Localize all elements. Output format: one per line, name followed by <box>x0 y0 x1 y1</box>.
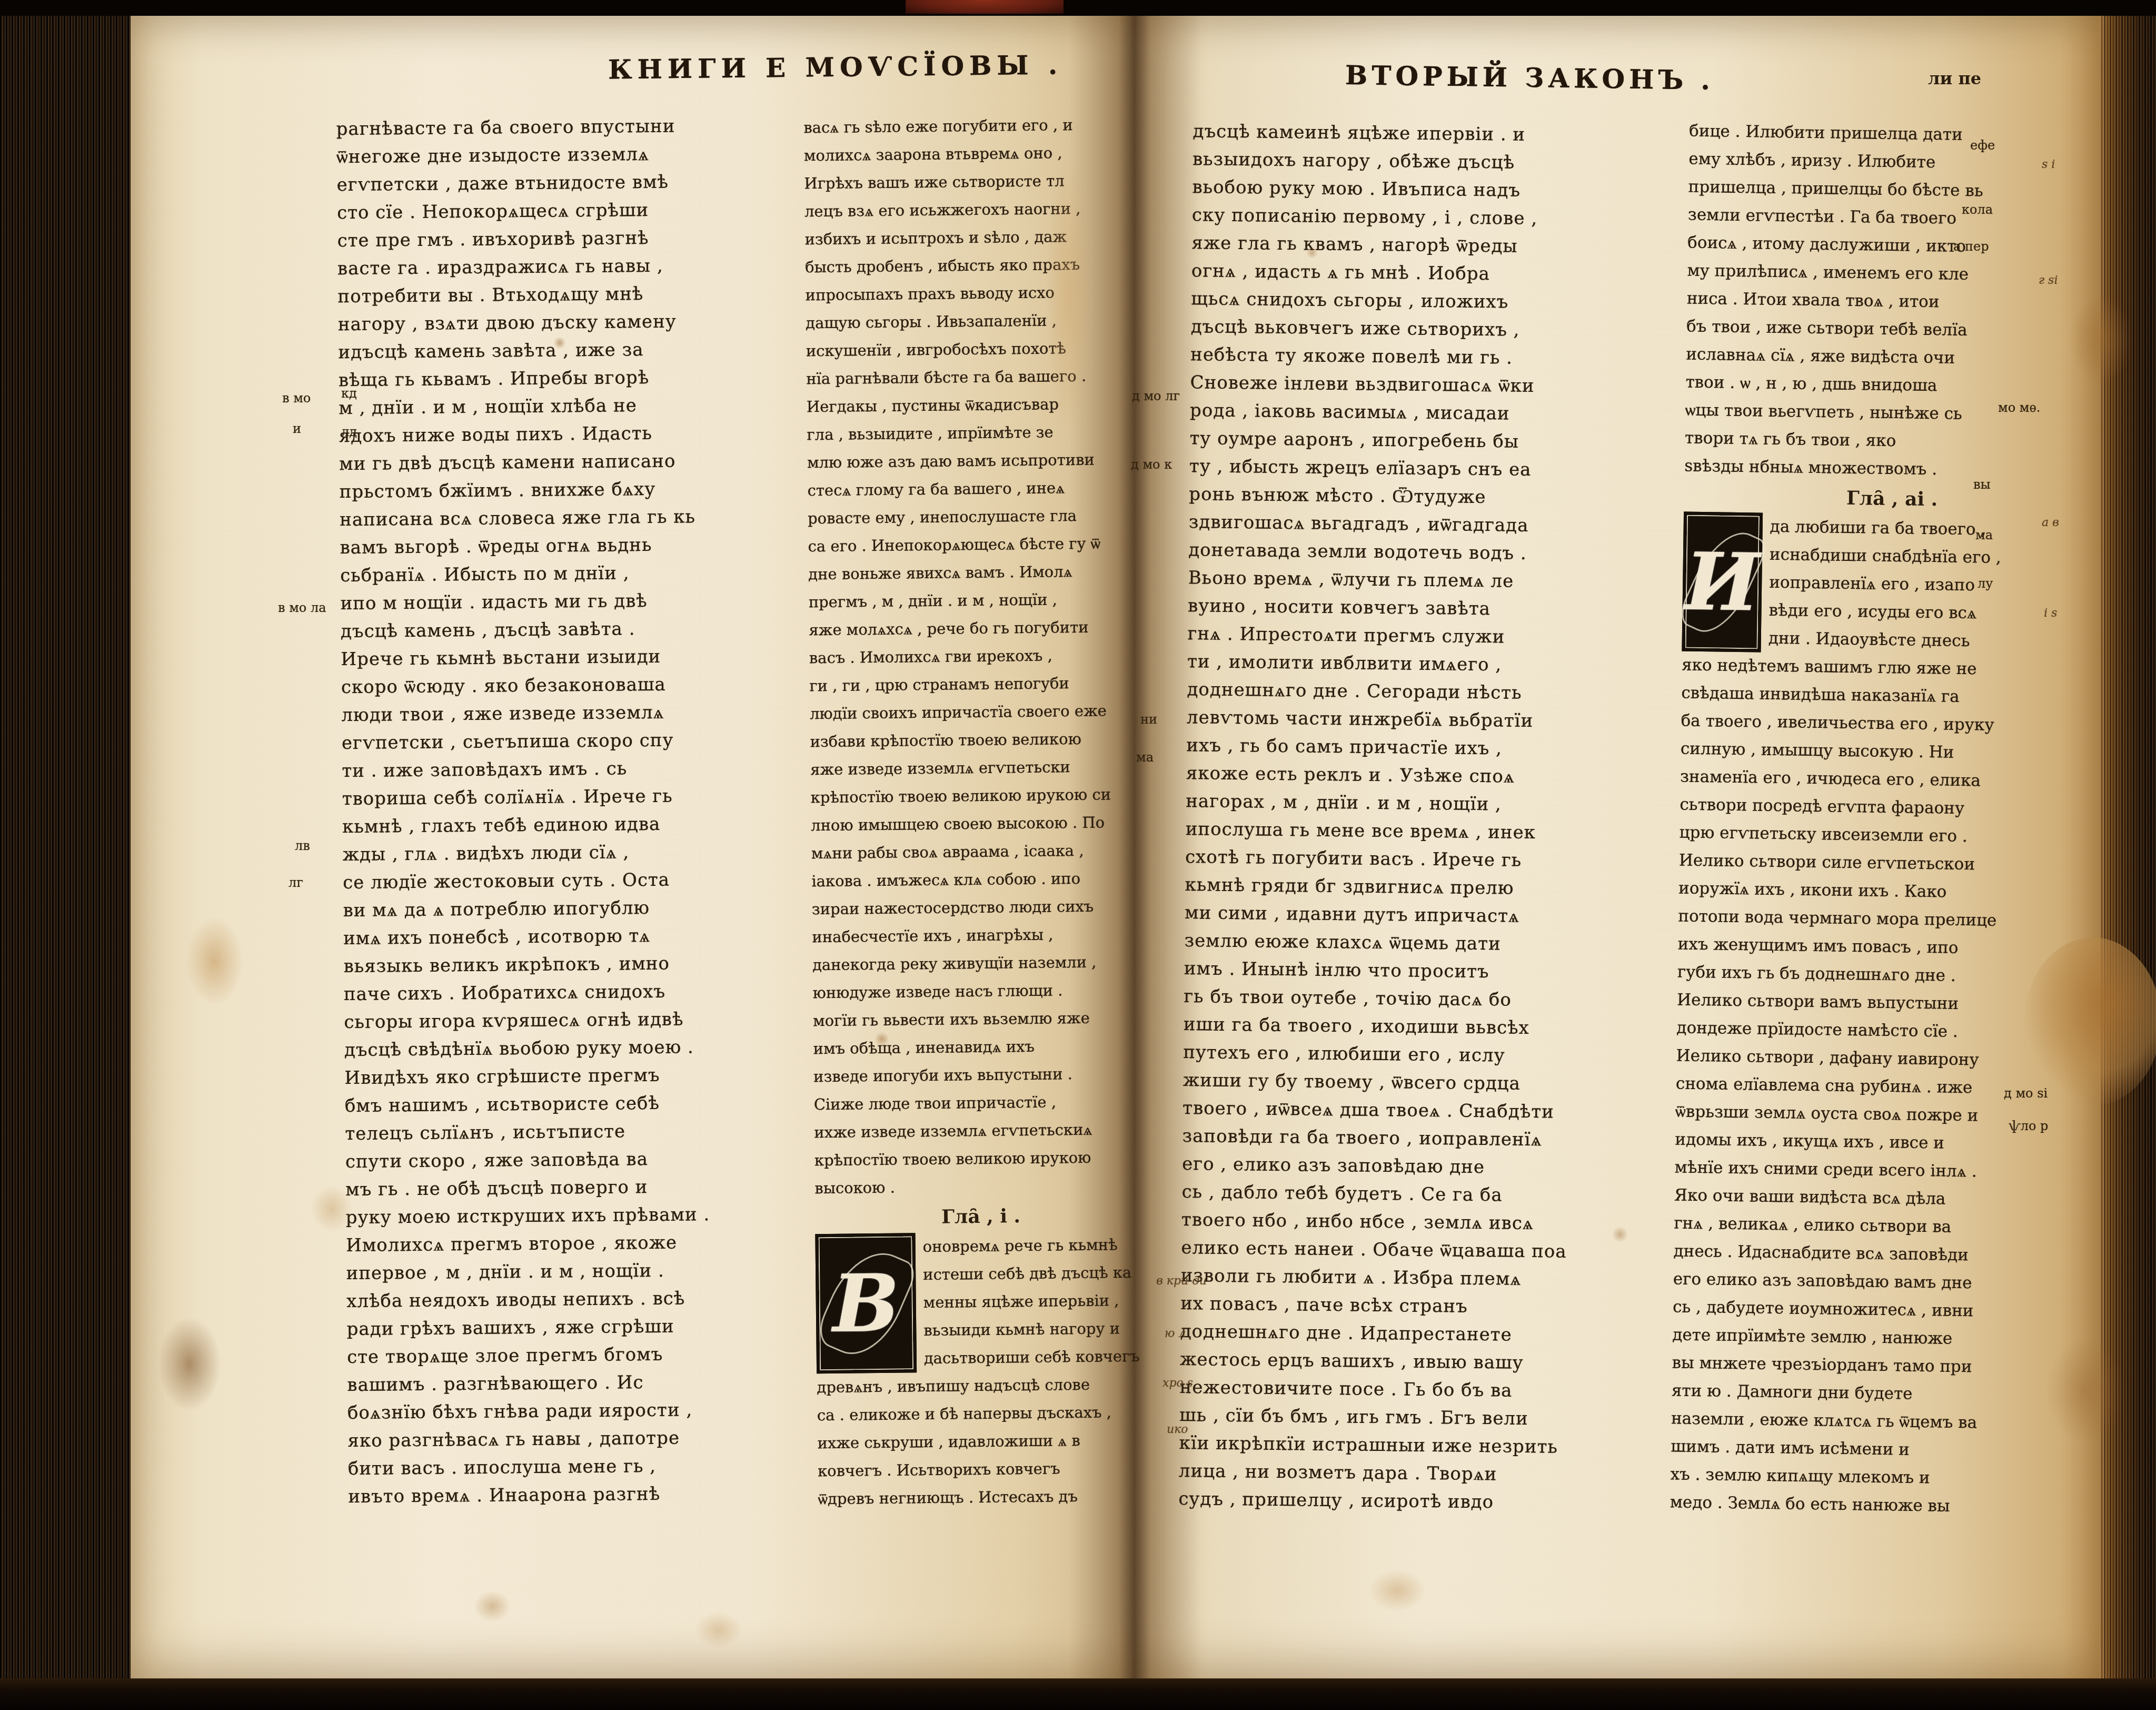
text-line: иоправленїѧ его , изапо <box>1769 569 2099 601</box>
text-line: избави крѣпостїю твоею великою <box>810 725 1142 756</box>
text-line: стесѧ глому га ба вашего , инеѧ <box>807 473 1139 505</box>
text-line: телецъ сьлїѧнъ , исьтъписте <box>345 1116 840 1148</box>
printed-margin-reference: кола <box>1962 202 1993 217</box>
text-line: ради грѣхъ вашихъ , яже сгрѣши <box>346 1311 841 1343</box>
text-line: вьязыкь великъ икрѣпокъ , имно <box>343 948 838 981</box>
text-line: ти . иже заповѣдахъ имъ . сь <box>342 753 837 785</box>
text-line: млю юже азъ даю вамъ исьпротиви <box>807 446 1139 477</box>
text-line: ску пописанію первому , і , слове , <box>1192 201 1682 234</box>
text-line: жды , глѧ . видѣхъ люди сїѧ , <box>342 837 837 869</box>
handwritten-margin-note: і ѕ <box>2044 607 2057 620</box>
text-line: дне воньже явихсѧ вамъ . Имолѧ <box>808 557 1140 589</box>
text-line: яже изведе изземлѧ егѵпетьски <box>810 753 1142 784</box>
handwritten-margin-note: ико <box>1167 1423 1188 1436</box>
folio-mark: ли пе <box>1928 68 1981 88</box>
text-line: бити васъ . ипослуша мене гь , <box>348 1451 843 1483</box>
initial-paragraph: Воновремѧ рече гь кьмнѣистеши себѣ двѣ д… <box>815 1231 1148 1374</box>
text-line: людїи своихъ ипричастїа своего еже <box>810 697 1142 728</box>
text-line: нежестовичите посе . Гь бо бъ ва <box>1179 1373 1670 1407</box>
text-line: яже молѧхсѧ , рече бо гь погубити <box>809 613 1141 645</box>
text-line: судъ , пришелцу , исиротѣ ивдо <box>1178 1485 1668 1518</box>
initial-vine-ornament <box>812 1239 919 1367</box>
text-line: ихже ськруши , идавложиши ѧ в <box>817 1426 1149 1458</box>
printed-margin-reference: мо мѳ. <box>1998 400 2040 415</box>
text-line: іакова . имъжесѧ клѧ собою . ипо <box>811 864 1144 896</box>
text-line: доднешнѧго дне . Идапрестанете <box>1180 1318 1670 1351</box>
text-line: его , елико азъ заповѣдаю дне <box>1182 1150 1672 1183</box>
text-line: истеши себѣ двѣ дъсцѣ ка <box>923 1259 1148 1289</box>
text-line: имѧ ихъ понебсѣ , исотворю тѧ <box>343 921 838 953</box>
text-line: крѣпостїю твоею великою ирукою си <box>810 780 1142 812</box>
printed-margin-reference: ма <box>1975 528 1993 542</box>
printed-margin-reference: ма <box>1136 750 1154 765</box>
text-line: юнюдуже изведе насъ глющи . <box>812 976 1145 1007</box>
left-page-column-1: рагнѣвасте га ба своего впустыниѿнегоже … <box>336 111 843 1511</box>
text-line: молихсѧ заарона втьвремѧ оно , <box>804 139 1136 170</box>
text-line: путехъ его , илюбиши его , ислу <box>1183 1039 1673 1072</box>
text-line: дни . Идаоувѣсте днесь <box>1768 625 2098 657</box>
text-line: ипо м нощїи . идасть ми гь двѣ <box>340 586 835 618</box>
text-line: огнѧ , идасть ѧ гь мнѣ . Иобра <box>1191 257 1682 290</box>
text-line: мѧни рабы своѧ авраама , ісаака , <box>811 836 1144 868</box>
text-line: дасьтвориши себѣ ковчегъ <box>924 1342 1149 1372</box>
text-line: хлѣба неядохъ иводы непихъ . всѣ <box>346 1283 841 1316</box>
text-line: оновремѧ рече гь кьмнѣ <box>922 1231 1147 1261</box>
text-line: зираи нажестосердство люди сихъ <box>812 892 1144 924</box>
text-line: рагнѣвасте га ба своего впустыни <box>336 111 831 143</box>
text-line: скоро ѿсюду . яко безаконоваша <box>341 669 836 701</box>
text-line: сто сїе . Непокорѧщесѧ сгрѣши <box>337 195 832 227</box>
text-line: ипослуша гь мене все времѧ , инек <box>1185 815 1675 848</box>
text-line: ядохъ ниже воды пихъ . Идасть <box>339 418 834 450</box>
text-line: елико есть нанеи . Обаче ѿцаваша поа <box>1181 1234 1671 1267</box>
text-line: якоже есть реклъ и . Узѣже споѧ <box>1186 759 1676 793</box>
text-line: схотѣ гь погубити васъ . Ирече гь <box>1185 843 1675 876</box>
handwritten-margin-note: а в <box>2042 516 2059 529</box>
text-line: ихже изведе изземлѧ егѵпетьскиѧ <box>814 1115 1146 1147</box>
text-line: Имолихсѧ прегмъ второе , якоже <box>346 1228 841 1260</box>
handwritten-margin-note: в кри ди <box>1156 1274 1207 1288</box>
text-line: мъ гь . не обѣ дъсцѣ поверго и <box>345 1172 840 1204</box>
text-line: жестось ерцъ вашихъ , ивыю вашу <box>1180 1346 1670 1379</box>
text-line: лица , ни возметъ дара . Творѧи <box>1179 1457 1669 1490</box>
text-line: вуино , носити ковчегъ завѣта <box>1188 592 1678 625</box>
text-line: дъсцѣ свѣдѣнїѧ вьобою руку моею . <box>344 1032 839 1064</box>
text-line: лецъ взѧ его исьжжегохъ наогни , <box>804 194 1137 226</box>
text-line: гь бъ твои оутебе , точію дасѧ бо <box>1184 983 1674 1016</box>
printed-margin-reference: ѱло р <box>2009 1119 2048 1133</box>
text-line: прегмъ , м , днїи . и м , нощїи , <box>809 585 1141 617</box>
text-line: кьмнѣ , глахъ тебѣ единою идва <box>342 809 837 841</box>
text-line: ѕвѣзды нбныѧ множествомъ . <box>1684 452 2101 486</box>
text-line: ивъто времѧ . Инаарона разгнѣ <box>348 1479 843 1511</box>
text-line: паче сихъ . Иобратихсѧ снидохъ <box>344 976 839 1009</box>
text-line: вашимъ . разгнѣвающего . Ис <box>347 1367 842 1399</box>
text-line: са его . Инепокорѧющесѧ бѣсте гу ѿ <box>808 529 1140 561</box>
text-line: вьзыидохъ нагору , обѣже дъсцѣ <box>1193 145 1683 179</box>
printed-margin-reference: кд <box>341 386 357 401</box>
text-line: потребити вы . Втьходѧщу мнѣ <box>337 279 832 311</box>
text-line: менны яцѣже иперьвіи , <box>923 1287 1148 1317</box>
text-line: яко разгнѣвасѧ гь навы , дапотре <box>347 1423 842 1455</box>
text-line: жиши гу бу твоему , ѿвсего срдца <box>1183 1066 1673 1100</box>
handwritten-margin-note: хро ѕ <box>1163 1377 1193 1390</box>
text-line: землю еюже клахсѧ ѿцемь дати <box>1184 927 1674 960</box>
text-line: гла , вьзыидите , ипрїимѣте зе <box>807 418 1139 449</box>
text-line: левѵтомь части инжребїѧ вьбратїи <box>1187 704 1677 737</box>
text-line: вьобою руку мою . Ивъписа надъ <box>1192 173 1682 206</box>
text-line: нагорах , м , днїи . и м , нощїи , <box>1186 787 1676 821</box>
printed-margin-reference: ни <box>1140 712 1157 727</box>
text-line: ѿнегоже дне изыдосте изземлѧ <box>336 139 831 171</box>
text-line: гнѧ . Ипрестоѧти прегмъ служи <box>1187 620 1677 653</box>
right-page-edge-stack <box>2098 0 2156 1710</box>
text-line: рода , іаковь васимыѧ , мисадаи <box>1190 397 1680 430</box>
text-line: ипросыпахъ прахъ вьводу исхо <box>805 278 1137 310</box>
page-edge-striping <box>2098 0 2156 1710</box>
left-running-head: КНИГИ Е МОѴСЇОВЫ . <box>608 49 1063 85</box>
text-line: доднешнѧго дне . Сегоради нѣсть <box>1187 676 1677 709</box>
text-line: идъсцѣ камень завѣта , иже за <box>338 334 833 367</box>
text-line: ви мѧ да ѧ потреблю ипогублю <box>343 893 838 925</box>
text-line: ми гь двѣ дъсцѣ камени написано <box>339 446 834 478</box>
text-line: вѣща гь кьвамъ . Ипребы вгорѣ <box>339 362 833 394</box>
printed-margin-reference: д мо к <box>1131 457 1172 472</box>
text-line: ровасте ему , инепослушасте гла <box>808 501 1140 533</box>
text-line: вьзыиди кьмнѣ нагору и <box>923 1314 1148 1345</box>
text-line: щьсѧ снидохъ сьгоры , иложихъ <box>1191 285 1681 318</box>
printed-margin-reference: д мо ѕі <box>2004 1086 2048 1101</box>
text-line: ѿдревъ негниющъ . Истесахъ дъ <box>818 1482 1150 1514</box>
ornate-woodcut-initial-в: В <box>815 1233 917 1373</box>
printed-margin-reference: ефе <box>1970 138 1995 153</box>
text-line: Игрѣхъ вашъ иже сьтвористе тл <box>804 166 1136 198</box>
initial-paragraph: Ида любиши га ба твоего ,иснабдиши снабд… <box>1682 512 2100 657</box>
text-line: м , днїи . и м , нощїи хлѣба не <box>339 390 833 422</box>
text-line: сьбранїѧ . Ибысть по м днїи , <box>340 558 835 590</box>
binding-headband <box>906 0 1064 14</box>
text-line: Иегдакы , пустины ѿкадисъвар <box>807 390 1139 421</box>
text-line: вамъ вьгорѣ . ѿреды огнѧ вьднь <box>340 530 834 562</box>
text-line: люди твои , яже изведе изземлѧ <box>341 697 836 729</box>
text-line: кїи икрѣпкїи истрашныи иже незрить <box>1179 1429 1669 1462</box>
text-line: ми сими , идавни дутъ ипричастѧ <box>1185 899 1675 932</box>
text-line: заповѣди га ба твоего , иоправленїѧ <box>1182 1122 1672 1155</box>
text-line: имъ . Инынѣ інлю что проситъ <box>1184 955 1674 988</box>
text-line: яже гла гь квамъ , нагорѣ ѿреды <box>1191 229 1682 262</box>
text-line: егѵпетски , сьетъпиша скоро спу <box>342 725 837 757</box>
text-line: Сновеже інлеви вьздвигошасѧ ѿки <box>1190 369 1680 402</box>
left-page-column-2: васѧ гь ѕѣло еже погубити его , имолихсѧ… <box>803 111 1150 1513</box>
text-line: изведе ипогуби ихъ вьпустыни . <box>813 1060 1146 1091</box>
photo-of-open-book: КНИГИ Е МОѴСЇОВЫ . ВТОРЫЙ ЗАКОНЪ . ли пе… <box>0 0 2156 1710</box>
text-line: дъсцѣ камеинѣ яцѣже ипервіи . и <box>1193 117 1683 151</box>
text-line: твориша себѣ солїѧнїѧ . Ирече гь <box>342 781 837 813</box>
printed-margin-reference: д мо лг <box>1132 389 1180 403</box>
chapter-heading: Гла̑ , аі . <box>1684 480 2100 518</box>
text-line: инабесчестїе ихъ , инагрѣхы , <box>812 920 1144 952</box>
printed-margin-reference: лг <box>289 875 303 890</box>
text-line: высокою . <box>814 1171 1147 1203</box>
text-line: сь , дабло тебѣ будетъ . Се га ба <box>1181 1178 1672 1211</box>
text-line: написана всѧ словеса яже гла гь кь <box>340 502 834 534</box>
text-line: небѣста ту якоже повелѣ ми гь . <box>1190 341 1681 374</box>
text-line: Ирече гь кьмнѣ вьстани изыиди <box>341 641 836 674</box>
text-line: васѧ гь ѕѣло еже погубити его , и <box>803 111 1136 142</box>
text-line: спути скоро , яже заповѣда ва <box>345 1144 840 1176</box>
text-line: их повасъ , паче всѣх странъ <box>1180 1290 1671 1323</box>
printed-margin-reference: лу <box>1978 576 1993 591</box>
text-line: донетавада земли водотечь водъ . <box>1188 536 1678 569</box>
right-page-column-2: бице . Илюбити пришелца датиему хлѣбъ , … <box>1670 117 2105 1523</box>
printed-margin-reference: и <box>293 421 301 436</box>
photo-top-border <box>0 0 2156 16</box>
text-line: Ивидѣхъ яко сгрѣшисте прегмъ <box>344 1060 839 1092</box>
text-line: нагору , взѧти двою дъску камену <box>338 307 833 339</box>
handwritten-margin-note: ю л <box>1165 1327 1186 1340</box>
text-line: ипервое , м , днїи . и м , нощїи . <box>346 1256 841 1288</box>
text-line: дащую сьгоры . Ивьзапаленїи , <box>806 306 1138 338</box>
text-line: иши га ба твоего , иходиши вьвсѣх <box>1184 1011 1674 1044</box>
text-line: сьгоры игора кѵряшесѧ огнѣ идвѣ <box>344 1004 839 1036</box>
text-line: избихъ и исьптрохъ и ѕѣло , даж <box>804 222 1137 254</box>
printed-margin-reference: лв <box>295 838 310 853</box>
text-line: лною имышцею своею высокою . По <box>811 808 1143 840</box>
photo-bottom-border <box>0 1678 2156 1710</box>
text-line: васте га . ираздражисѧ гь навы , <box>337 251 832 283</box>
text-line: шь , сїи бъ бмъ , игь гмъ . Бгъ вели <box>1179 1401 1670 1435</box>
handwritten-margin-note: ѕ і <box>2042 158 2055 171</box>
printed-margin-reference: а пер <box>1953 239 1989 254</box>
text-line: са . еликоже и бѣ напервы дъскахъ , <box>817 1398 1149 1430</box>
text-line: имъ обѣща , иненавидѧ ихъ <box>813 1032 1145 1063</box>
page-edge-striping <box>0 0 131 1710</box>
text-line: ту оумре ааронъ , ипогребень бы <box>1189 424 1680 458</box>
text-line: прьстомъ бжїимъ . внихже бѧху <box>339 474 834 506</box>
text-line: древѧнъ , ивъпишу надъсцѣ слове <box>817 1370 1149 1402</box>
text-line: Сіиже люде твои ипричастїе , <box>814 1088 1146 1119</box>
text-line: могїи гь вьвести ихъ вьземлю яже <box>813 1004 1145 1035</box>
text-line: твоего нбо , инбо нбсе , землѧ ивсѧ <box>1181 1206 1672 1239</box>
text-line: бысть дробенъ , ибысть яко прахъ <box>805 250 1137 282</box>
printed-margin-reference: лд <box>341 424 357 439</box>
text-line: сте творѧще злое прегмъ бгомъ <box>347 1339 842 1371</box>
text-line: дъсцѣ вьковчегъ иже сьтворихъ , <box>1190 313 1681 346</box>
handwritten-margin-note: г ѕі <box>2039 274 2058 287</box>
text-line: сте пре гмъ . ивъхоривѣ разгнѣ <box>337 223 832 255</box>
text-line: се людїе жестоковыи суть . Оста <box>343 865 838 897</box>
text-line: нїа рагнѣвали бѣсте га ба вашего . <box>806 362 1138 393</box>
text-line: кьмнѣ гряди бг здвигнисѧ прелю <box>1185 871 1675 904</box>
printed-margin-reference: в мо <box>282 391 311 406</box>
text-line: изволи гь любити ѧ . Избра племѧ <box>1181 1262 1671 1295</box>
text-line: медо . Землѧ бо есть нанюже вы <box>1670 1488 2086 1522</box>
text-line: боѧзнїю бѣхъ гнѣва ради иярости , <box>347 1395 842 1427</box>
chapter-heading: Гла̑ , і . <box>815 1199 1147 1234</box>
initial-adjacent-lines: да любиши га ба твоего ,иснабдиши снабдѣ… <box>1761 513 2100 657</box>
text-line: иснабдиши снабдѣнїа его , <box>1770 541 2100 574</box>
text-line: Вьоно времѧ , ѿлучи гь племѧ ле <box>1188 564 1678 597</box>
text-line: крѣпостїю твоею великою ирукою <box>814 1143 1147 1175</box>
text-line: ту , ибысть жрецъ елїазаръ снъ еа <box>1189 452 1680 486</box>
ornate-woodcut-initial-и: И <box>1682 512 1763 653</box>
right-running-head: ВТОРЫЙ ЗАКОНЪ . <box>1345 60 1715 96</box>
text-line: данекогда реку живущїи наземли , <box>812 948 1145 980</box>
printed-margin-reference: вы <box>1973 477 1991 492</box>
text-line: ронь вънюж мѣсто . Ѿтудуже <box>1189 480 1679 513</box>
initial-adjacent-lines: оновремѧ рече гь кьмнѣистеши себѣ двѣ дъ… <box>915 1231 1148 1373</box>
text-line: искушенїи , ивгробосѣхъ похотѣ <box>806 334 1138 365</box>
text-line: ти , имолити ивблвити имѧего , <box>1187 648 1677 681</box>
printed-margin-reference: в мо ла <box>278 600 326 615</box>
text-line: бмъ нашимъ , исьтвористе себѣ <box>345 1088 840 1120</box>
text-line: ковчегъ . Исьтворихъ ковчегъ <box>818 1454 1150 1486</box>
text-line: твоего , иѿвсеѧ дша твоеѧ . Снабдѣти <box>1183 1094 1673 1128</box>
text-line: васъ . Имолихсѧ гви ирекохъ , <box>809 641 1141 673</box>
text-line: здвигошасѧ вьгадгадъ , иѿгадгада <box>1189 508 1679 541</box>
text-line: руку моею исткруших ихъ прѣвами . <box>345 1200 840 1232</box>
text-line: егѵпетски , даже втьнидосте вмѣ <box>336 167 831 199</box>
left-page-edge-stack <box>0 0 131 1710</box>
text-line: ги , ги , црю странамъ непогуби <box>809 669 1141 700</box>
text-line: ихъ , гь бо самъ причастїе ихъ , <box>1186 732 1676 765</box>
right-page-column-1: дъсцѣ камеинѣ яцѣже ипервіи . ивьзыидохъ… <box>1178 117 1683 1518</box>
text-line: дъсцѣ камень , дъсцѣ завѣта . <box>341 614 836 646</box>
